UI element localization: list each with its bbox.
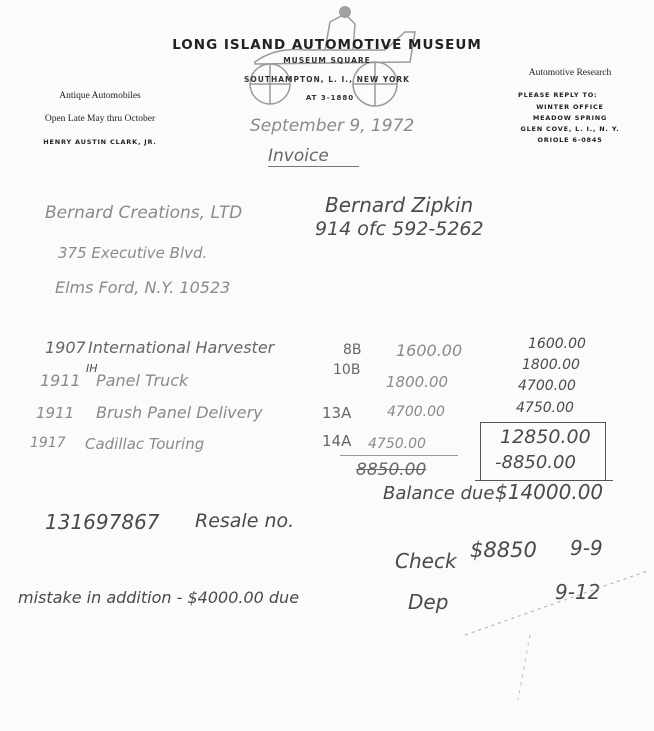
item-description: Brush Panel Delivery — [96, 403, 263, 422]
item-lot: 8B — [343, 342, 362, 358]
reply-label: PLEASE REPLY TO: — [518, 91, 597, 99]
office-location: MEADOW SPRING — [505, 114, 635, 122]
resale-number: 131697867 — [45, 510, 160, 534]
item-description: Panel Truck — [96, 371, 188, 390]
sum-rule — [340, 455, 458, 456]
left-tagline-2: Open Late May thru October — [10, 114, 190, 124]
deposit-label: Dep — [408, 590, 448, 614]
office-city: GLEN COVE, L. I., N. Y. — [505, 125, 635, 133]
item-year: 1911 — [40, 371, 81, 390]
museum-name: LONG ISLAND AUTOMOTIVE MUSEUM — [160, 37, 494, 53]
letterhead: LONG ISLAND AUTOMOTIVE MUSEUM MUSEUM SQU… — [0, 0, 654, 160]
museum-phone: AT 3-1880 — [290, 94, 370, 102]
recalc-amount: 1800.00 — [522, 357, 580, 373]
check-date: 9-9 — [570, 536, 603, 560]
corrected-total: 12850.00 — [500, 426, 591, 448]
item-lot: 13A — [322, 404, 351, 422]
item-price: 1600.00 — [396, 341, 462, 360]
item-price: 4750.00 — [368, 436, 426, 452]
dashed-mark — [460, 565, 654, 705]
addition-mistake-note: mistake in addition - $4000.00 due — [18, 588, 299, 607]
recalc-amount: 4750.00 — [516, 400, 574, 416]
item-price: 1800.00 — [386, 373, 448, 391]
contact-name: Bernard Zipkin — [325, 193, 473, 217]
proprietor-name: HENRY AUSTIN CLARK, JR. — [10, 138, 190, 146]
original-total: 8850.00 — [356, 460, 426, 480]
office-phone: ORIOLE 6-0845 — [505, 136, 635, 144]
recalc-amount: 1600.00 — [528, 336, 586, 352]
museum-address-line1: MUSEUM SQUARE — [200, 56, 454, 65]
recalc-amount: 4700.00 — [518, 378, 576, 394]
check-label: Check — [395, 549, 457, 573]
item-year: 1917 — [30, 435, 66, 451]
item-price: 4700.00 — [387, 404, 445, 420]
item-year: 1907 — [45, 338, 86, 357]
invoice-title: Invoice — [268, 146, 359, 167]
balance-amount: $14000.00 — [495, 480, 603, 504]
invoice-date: September 9, 1972 — [250, 116, 414, 136]
right-tagline: Automotive Research — [505, 68, 635, 78]
winter-office: WINTER OFFICE — [505, 103, 635, 111]
check-amount: $8850 — [470, 538, 537, 562]
antique-car-illustration — [235, 2, 425, 107]
museum-address-line2: SOUTHAMPTON, L. I., NEW YORK — [200, 75, 454, 84]
customer-street: 375 Executive Blvd. — [58, 244, 207, 262]
item-year: 1911 — [36, 404, 74, 422]
left-tagline-1: Antique Automobiles — [20, 91, 180, 101]
resale-label: Resale no. — [195, 510, 294, 532]
balance-label: Balance due — [383, 483, 494, 504]
customer-city: Elms Ford, N.Y. 10523 — [55, 278, 230, 297]
contact-phone: 914 ofc 592-5262 — [315, 218, 484, 240]
less-paid: -8850.00 — [495, 452, 576, 473]
item-description: International Harvester — [88, 338, 274, 357]
item-lot: 10B — [333, 362, 360, 378]
customer-name: Bernard Creations, LTD — [45, 203, 242, 223]
item-lot: 14A — [322, 432, 351, 450]
item-description: Cadillac Touring — [85, 435, 204, 453]
